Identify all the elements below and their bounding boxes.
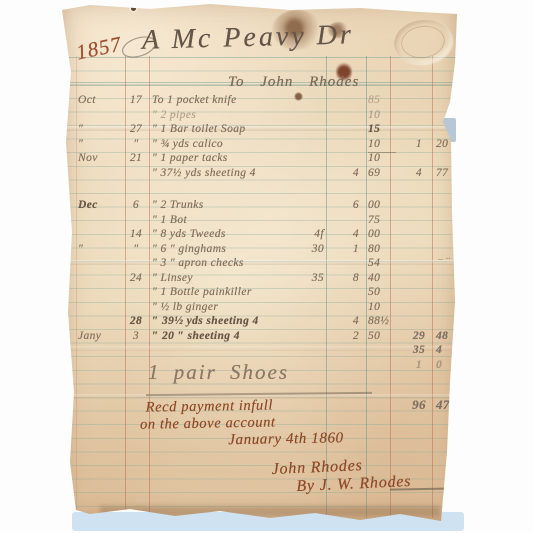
amount-dollars-cell: 6 <box>344 199 368 214</box>
shoes-entry: 1 pair Shoes <box>148 360 289 385</box>
ledger-paper: 1857 A Mc Peavy Dr To John Rhodes Oct17T… <box>60 2 460 524</box>
amount-cents-cell: 10 <box>368 109 396 124</box>
amount-cents-cell: 10 <box>368 152 396 167</box>
amount-cents-cell: 54 <box>368 257 396 272</box>
page-title: A Mc Peavy Dr <box>142 19 355 57</box>
unit-price-cell: 35 <box>296 272 324 287</box>
debtor-line: To John Rhodes <box>228 74 359 91</box>
amount-cents-cell: 15 <box>368 123 396 138</box>
day-cell: ″ <box>124 138 148 153</box>
desc-cell: ″ 1 Bar toilet Soap <box>152 123 302 138</box>
amount-cents-cell: 69 <box>368 167 396 182</box>
day-cell: ″ <box>124 243 148 258</box>
ledger-row: ″ 2 pipes10 <box>60 109 458 124</box>
day-cell: 28 <box>124 315 148 330</box>
amount-cents-cell: 50 <box>368 330 396 345</box>
total-cents-cell: 20 <box>436 138 460 153</box>
ledger-row: 24″ Linsey35840 <box>60 272 458 287</box>
ledger-row: ″″″ 6 ″ ginghams30180 <box>60 243 458 258</box>
amount-dollars-cell: 4 <box>344 228 368 243</box>
month-cell: ″ <box>78 123 122 138</box>
desc-cell: ″ 6 ″ ginghams <box>152 243 302 258</box>
month-cell: Oct <box>78 94 122 109</box>
grand-total-cents-cell: 47 <box>436 397 460 412</box>
desc-cell: ″ 2 pipes <box>152 109 302 124</box>
day-cell: 14 <box>124 228 148 243</box>
amount-cents-cell: 85 <box>368 94 396 109</box>
desc-cell: ″ 1 Bottle painkiller <box>152 286 302 301</box>
desc-cell: ″ 1 paper tacks <box>152 152 302 167</box>
amount-cents-cell: 88½ <box>368 315 396 330</box>
amount-dollars-cell: 8 <box>344 272 368 287</box>
ledger-row: ″ 3 ″ apron checks54 <box>60 257 458 272</box>
day-cell: 6 <box>124 199 148 214</box>
desc-cell: ″ 20 ″ sheeting 4 <box>152 330 302 345</box>
desc-cell: ″ Linsey <box>152 272 302 287</box>
ledger-row: ″27″ 1 Bar toilet Soap15 <box>60 123 458 138</box>
unit-price-cell: 30 <box>296 243 324 258</box>
ledger-row: 14″ 8 yds Tweeds4f400 <box>60 228 458 243</box>
ledger-row: Dec6″ 2 Trunks600 <box>60 199 458 214</box>
desc-cell: To 1 pocket knife <box>152 94 302 109</box>
desc-cell: ″ 2 Trunks <box>152 199 302 214</box>
amount-dollars-cell: 4 <box>344 167 368 182</box>
month-cell: Nov <box>78 152 122 167</box>
stray-pen-marks: – ·· <box>438 254 451 265</box>
month-cell: ″ <box>78 138 122 153</box>
payment-note-date: January 4th 1860 <box>228 430 344 449</box>
ledger-row: 28″ 39½ yds sheeting 4488½ <box>60 315 458 330</box>
ledger-row: ″ 1 Bottle painkiller50 <box>60 286 458 301</box>
amount-dollars-cell: 2 <box>344 330 368 345</box>
desc-cell: ″ 39½ yds sheeting 4 <box>152 315 302 330</box>
total-dollars-cell: 1 <box>406 138 432 153</box>
payment-note: Recd payment infull on the above account… <box>140 396 344 451</box>
amount-cents-cell: 00 <box>368 199 396 214</box>
amount-cents-cell: 10 <box>368 301 396 316</box>
month-cell: Dec <box>78 199 122 214</box>
day-cell: 24 <box>124 272 148 287</box>
desc-cell: ″ 37½ yds sheeting 4 <box>152 167 302 182</box>
amount-cents-cell: 10 <box>368 138 396 154</box>
total-dollars-cell: 1 <box>406 359 432 374</box>
pin-hole <box>131 6 136 11</box>
unit-price-cell: 4f <box>296 228 324 243</box>
total-dollars-cell: 29 <box>406 330 432 345</box>
ledger-row: Nov21″ 1 paper tacks10 <box>60 152 458 167</box>
ledger-row: 354 <box>60 344 458 359</box>
month-cell: ″ <box>78 243 122 258</box>
ledger-row: ″ ½ lb ginger10 <box>60 301 458 316</box>
desc-cell: ″ ½ lb ginger <box>152 301 302 316</box>
desc-cell: ″ 3 ″ apron checks <box>152 257 302 272</box>
amount-cents-cell: 50 <box>368 286 396 301</box>
day-cell: 17 <box>124 94 148 109</box>
total-dollars-cell: 35 <box>406 344 432 359</box>
ledger-row: ″ 1 Bot75 <box>60 214 458 229</box>
month-cell <box>78 109 122 124</box>
total-cents-cell: 77 <box>436 167 460 182</box>
grand-total-dollars-cell: 96 <box>406 397 432 412</box>
total-cents-cell: 0 <box>436 359 460 374</box>
total-dollars-cell: 4 <box>406 167 432 182</box>
scanned-document-stage: 1857 A Mc Peavy Dr To John Rhodes Oct17T… <box>0 0 533 533</box>
ledger-row: Jany3″ 20 ″ sheeting 42502948 <box>60 330 458 345</box>
amount-cents-cell: 75 <box>368 214 396 229</box>
ledger-row: ″ 37½ yds sheeting 4469477 <box>60 167 458 182</box>
amount-cents-cell: 80 <box>368 243 396 258</box>
signature-block: John Rhodes By J. W. Rhodes <box>271 455 411 497</box>
amount-cents-cell: 40 <box>368 272 396 287</box>
day-cell: 21 <box>124 152 148 167</box>
desc-cell: ″ ¾ yds calico <box>152 138 302 153</box>
ledger-row: Oct17To 1 pocket knife85 <box>60 94 458 109</box>
day-cell: 27 <box>124 123 148 138</box>
amount-cents-cell: 00 <box>368 228 396 243</box>
month-cell: Jany <box>78 330 122 345</box>
total-cents-cell: 48 <box>436 330 460 345</box>
amount-dollars-cell: 1 <box>344 243 368 258</box>
desc-cell: ″ 1 Bot <box>152 214 302 229</box>
amount-dollars-cell: 4 <box>344 315 368 330</box>
ledger-row: ″″″ ¾ yds calico10120 <box>60 138 458 153</box>
desc-cell: ″ 8 yds Tweeds <box>152 228 302 243</box>
day-cell: 3 <box>124 330 148 345</box>
total-cents-cell: 4 <box>436 344 460 359</box>
